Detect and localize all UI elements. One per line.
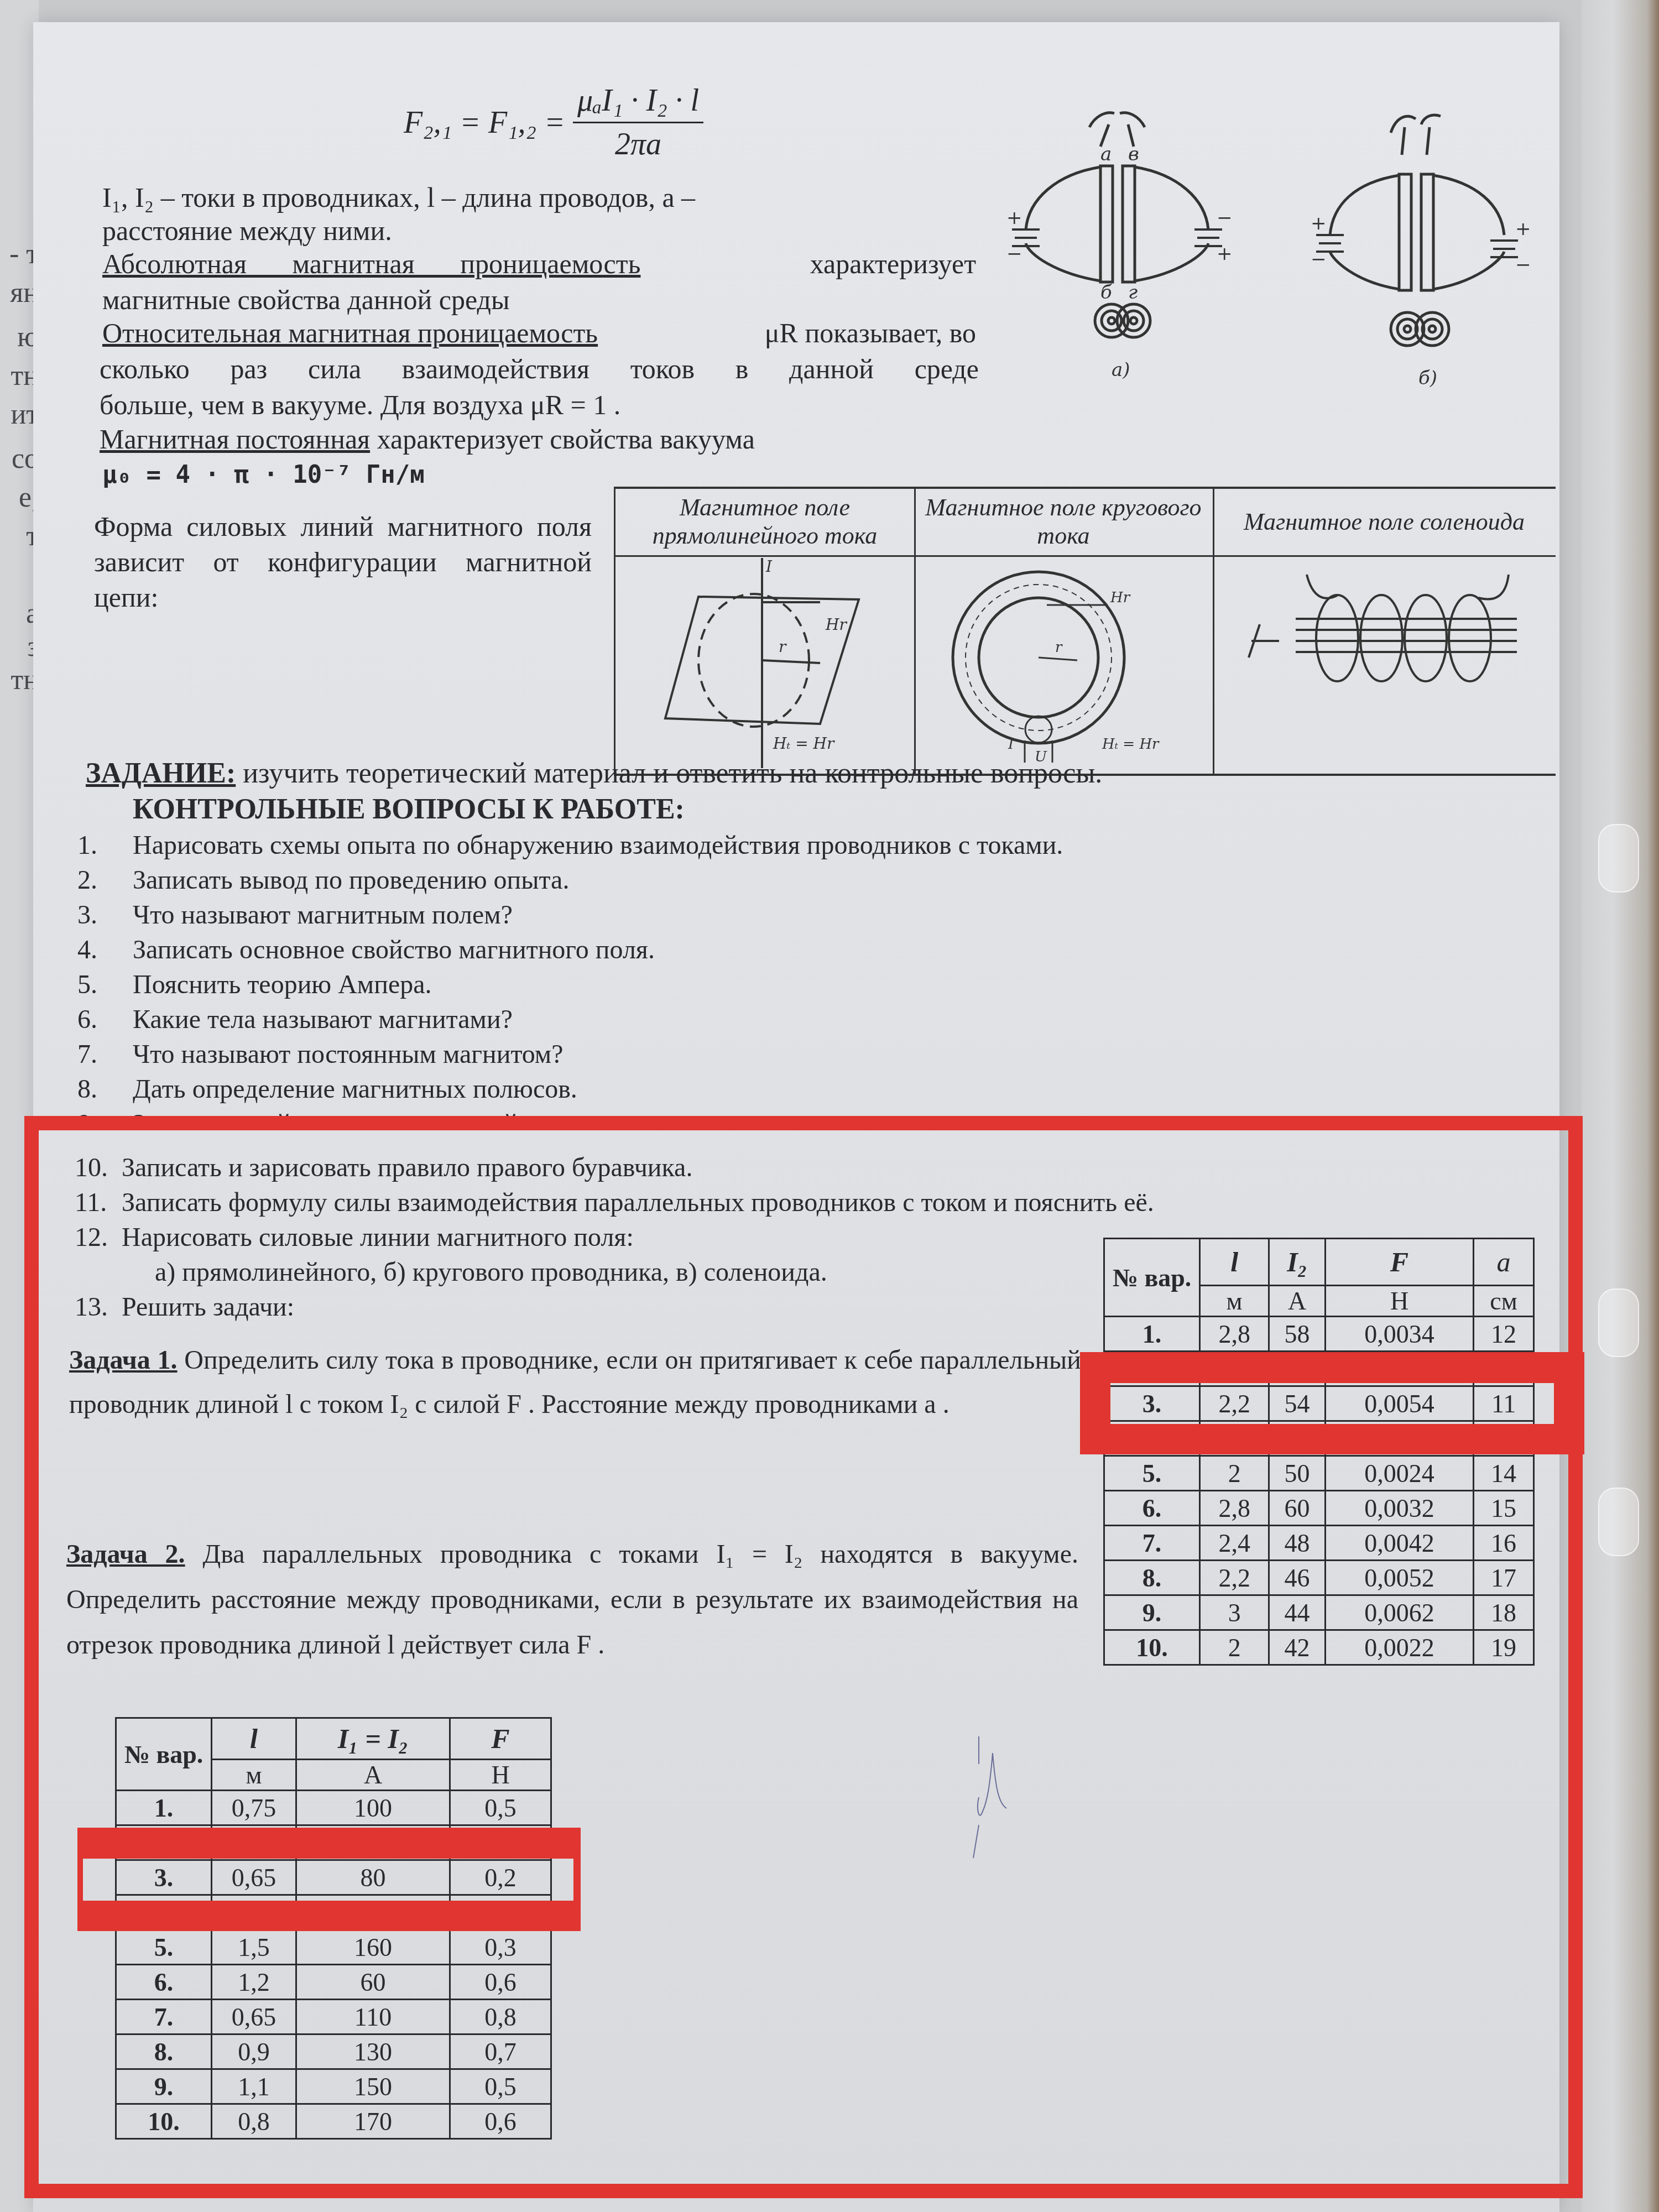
- table-row: 7.0,651100,8: [116, 2000, 551, 2034]
- task2-unit: А: [296, 1760, 450, 1791]
- variant-number: 10.: [116, 2104, 212, 2139]
- caption-a: а): [1112, 359, 1130, 381]
- redacted-row: [1104, 1421, 1534, 1456]
- table-cell: 48: [1269, 1526, 1326, 1561]
- table-cell: 0,5: [450, 1791, 551, 1825]
- table-cell: 1,2: [212, 1965, 296, 2000]
- question-item: 12.Нарисовать силовые линии магнитного п…: [75, 1220, 1154, 1255]
- label-hr: Hr: [825, 615, 847, 634]
- question-item: 10.Записать и зарисовать правило правого…: [75, 1150, 1154, 1185]
- task2-unit: Н: [450, 1760, 551, 1791]
- variant-number: 9.: [1104, 1595, 1200, 1630]
- table-cell: 17: [1474, 1561, 1534, 1595]
- field-column-circular: Магнитное поле кругового тока r Hr I U H…: [914, 489, 1214, 774]
- table-cell: 60: [1269, 1491, 1326, 1526]
- formula-fraction: μₐI₁ · I₂ · l 2πa: [573, 83, 703, 162]
- task1-block: Задача 1. Определить силу тока в проводн…: [69, 1338, 1081, 1427]
- task2-table: № вар. l I₁ = I₂ F м А Н 1.0,751000,53.0…: [115, 1717, 552, 2140]
- table-cell: 2: [1200, 1456, 1269, 1491]
- table-cell: 0,7: [450, 2034, 551, 2069]
- table-row: 7.2,4480,004216: [1104, 1526, 1534, 1561]
- task2-label: Задача 2.: [66, 1540, 185, 1569]
- theory-line-1: I₁, I₂ – токи в проводниках, l – длина п…: [102, 180, 695, 216]
- label-radius: r: [779, 638, 787, 656]
- table-cell: 19: [1474, 1630, 1534, 1665]
- table-cell: 2: [1200, 1630, 1269, 1665]
- circular-current-field-diagram: r Hr I U Hₜ = Hr: [936, 558, 1191, 771]
- label-current: I: [1008, 736, 1014, 753]
- table-cell: 2,8: [1200, 1317, 1269, 1352]
- question-item: 3.Что называют магнитным полем?: [77, 898, 1063, 932]
- task2-header-current: I₁ = I₂: [296, 1718, 450, 1760]
- redacted-row: [116, 1825, 551, 1860]
- questions-list-bottom: 10.Записать и зарисовать правило правого…: [75, 1150, 1154, 1324]
- table-cell: 0,6: [450, 1965, 551, 2000]
- task1-header-variant: № вар.: [1104, 1239, 1200, 1317]
- variant-number: 5.: [1104, 1456, 1200, 1491]
- variant-number: 7.: [116, 2000, 212, 2034]
- table-row: 8.2,2460,005217: [1104, 1561, 1534, 1595]
- table-cell: 0,0054: [1325, 1386, 1473, 1421]
- table-cell: 110: [296, 2000, 450, 2034]
- variant-number: 7.: [1104, 1526, 1200, 1561]
- task1-label: Задача 1.: [69, 1345, 178, 1375]
- formula-numerator: μₐI₁ · I₂ · l: [573, 83, 703, 123]
- task2-text: Два параллельных проводника с токами I₁ …: [66, 1540, 1078, 1660]
- table-row: 10.2420,002219: [1104, 1630, 1534, 1665]
- svg-text:+: +: [1515, 218, 1531, 240]
- magnetic-constant-line: Магнитная постоянная характеризует свойс…: [100, 421, 755, 457]
- table-cell: 1,1: [212, 2069, 296, 2104]
- binder-hole: [1598, 824, 1639, 893]
- magnetic-constant-term: Магнитная постоянная: [100, 424, 370, 455]
- table-cell: 0,2: [450, 1860, 551, 1895]
- variant-number: 8.: [1104, 1561, 1200, 1595]
- svg-text:−: −: [1006, 243, 1022, 265]
- question-item: 1.Нарисовать схемы опыта по обнаружению …: [77, 828, 1063, 863]
- solenoid-field-diagram: [1229, 558, 1550, 724]
- label-g: г: [1128, 281, 1138, 304]
- task2-header-length: l: [212, 1718, 296, 1760]
- variant-number: 9.: [116, 2069, 212, 2104]
- table-cell: 0,0034: [1325, 1317, 1473, 1352]
- table-cell: 0,65: [212, 1860, 296, 1895]
- label-a: а: [1100, 143, 1112, 165]
- table-row: 1.0,751000,5: [116, 1791, 551, 1825]
- svg-text:+: +: [1006, 207, 1022, 229]
- table-cell: 0,0032: [1325, 1491, 1473, 1526]
- svg-text:+: +: [1311, 212, 1327, 234]
- abs-permeability-line-2: магнитные свойства данной среды: [102, 282, 509, 318]
- question-item: 4.Записать основное свойство магнитного …: [77, 932, 1063, 967]
- magnetic-constant-rest: характеризует свойства вакуума: [377, 424, 755, 455]
- abs-permeability-rest: характеризует: [810, 246, 976, 282]
- straight-current-field-diagram: I r Hr Hₜ = Hr: [638, 558, 892, 771]
- field-column-title: Магнитное поле соленоида: [1213, 489, 1556, 557]
- question-item: 7.Что называют постоянным магнитом?: [77, 1037, 1063, 1072]
- redacted-row: [116, 1895, 551, 1930]
- binder-hole: [1598, 1488, 1639, 1556]
- binder-sleeve: [1582, 0, 1659, 2212]
- assignment-text: изучить теоретический материал и ответит…: [243, 758, 1102, 789]
- table-cell: 18: [1474, 1595, 1534, 1630]
- table-cell: 2,2: [1200, 1561, 1269, 1595]
- assignment-line: ЗАДАНИЕ: изучить теоретический материал …: [86, 755, 1102, 792]
- task1-unit: м: [1200, 1286, 1269, 1317]
- task1-unit: А: [1269, 1286, 1326, 1317]
- question-item: 9.Записать свойства силовых линий: [77, 1107, 1063, 1126]
- variant-number: 10.: [1104, 1630, 1200, 1665]
- table-cell: 0,0062: [1325, 1595, 1473, 1630]
- task1-header-force: F: [1325, 1239, 1473, 1286]
- table-cell: 11: [1474, 1386, 1534, 1421]
- label-hr: Hr: [1110, 589, 1131, 606]
- question-item: 5.Пояснить теорию Ампера.: [77, 967, 1063, 1002]
- task2-block: Задача 2. Два параллельных проводника с …: [66, 1532, 1078, 1668]
- table-cell: 2,8: [1200, 1491, 1269, 1526]
- variant-number: 8.: [116, 2034, 212, 2069]
- label-radius: r: [1055, 639, 1063, 656]
- task1-table: № вар. l I₂ F a м А Н см 1.2,8580,003412…: [1103, 1238, 1535, 1666]
- label-b: б: [1100, 281, 1112, 304]
- label-ht: Hₜ = Hr: [1102, 736, 1160, 753]
- table-cell: 0,6: [450, 2104, 551, 2139]
- table-cell: 0,8: [212, 2104, 296, 2139]
- task1-text: Определить силу тока в проводнике, если …: [69, 1345, 1081, 1419]
- table-row: 6.2,8600,003215: [1104, 1491, 1534, 1526]
- question-item: 6.Какие тела называют магнитами?: [77, 1002, 1063, 1037]
- table-row: 6.1,2600,6: [116, 1965, 551, 2000]
- table-cell: 150: [296, 2069, 450, 2104]
- abs-permeability-term: Абсолютная магнитная проницаемость: [102, 246, 640, 282]
- field-column-solenoid: Магнитное поле соленоида: [1213, 489, 1556, 774]
- table-cell: 58: [1269, 1317, 1326, 1352]
- table-cell: 0,9: [212, 2034, 296, 2069]
- variant-number: 5.: [116, 1930, 212, 1965]
- task1-header-current: I₂: [1269, 1239, 1326, 1286]
- variant-number: 1.: [1104, 1317, 1200, 1352]
- table-cell: 170: [296, 2104, 450, 2139]
- table-cell: 0,8: [450, 2000, 551, 2034]
- table-cell: 60: [296, 1965, 450, 2000]
- table-cell: 16: [1474, 1526, 1534, 1561]
- table-row: 9.1,11500,5: [116, 2069, 551, 2104]
- task2-unit: м: [212, 1760, 296, 1791]
- table-row: 5.2500,002414: [1104, 1456, 1534, 1491]
- table-row: 3.0,65800,2: [116, 1860, 551, 1895]
- magnetic-constant-value: μ₀ = 4 · π · 10⁻⁷ Гн/м: [102, 459, 425, 491]
- rel-permeability-line-2: сколько раз сила взаимодействия токов в …: [100, 351, 979, 387]
- table-cell: 80: [296, 1860, 450, 1895]
- table-cell: 46: [1269, 1561, 1326, 1595]
- svg-text:−: −: [1217, 207, 1233, 229]
- field-column-straight: Магнитное поле прямолинейного тока I r H…: [615, 489, 916, 774]
- task2-header-variant: № вар.: [116, 1718, 212, 1791]
- field-column-title: Магнитное поле кругового тока: [914, 489, 1213, 557]
- question-item: 2.Записать вывод по проведению опыта.: [77, 863, 1063, 898]
- svg-text:−: −: [1311, 248, 1327, 270]
- variant-number: 6.: [116, 1965, 212, 2000]
- task1-header-length: l: [1200, 1239, 1269, 1286]
- force-formula: F₂,₁ = F₁,₂ = μₐI₁ · I₂ · l 2πa: [404, 83, 703, 162]
- theory-line-2: расстояние между ними.: [102, 213, 392, 249]
- redacted-row: [1104, 1352, 1534, 1386]
- caption-b: б): [1418, 367, 1437, 389]
- table-row: 5.1,51600,3: [116, 1930, 551, 1965]
- rel-permeability-line: Относительная магнитная проницаемость μR…: [102, 315, 976, 351]
- table-cell: 0,5: [450, 2069, 551, 2104]
- table-cell: 0,0042: [1325, 1526, 1473, 1561]
- task1-header-distance: a: [1474, 1239, 1534, 1286]
- questions-title: КОНТРОЛЬНЫЕ ВОПРОСЫ К РАБОТЕ:: [133, 791, 685, 828]
- table-cell: 50: [1269, 1456, 1326, 1491]
- label-current: I: [765, 558, 773, 576]
- svg-text:+: +: [1217, 243, 1233, 265]
- table-cell: 15: [1474, 1491, 1534, 1526]
- svg-text:−: −: [1515, 254, 1531, 276]
- table-cell: 0,0052: [1325, 1561, 1473, 1595]
- table-cell: 0,0024: [1325, 1456, 1473, 1491]
- table-cell: 2,2: [1200, 1386, 1269, 1421]
- question-item: 13.Решить задачи:: [75, 1290, 1154, 1324]
- assignment-label: ЗАДАНИЕ:: [86, 758, 236, 789]
- task1-unit: Н: [1325, 1286, 1473, 1317]
- abs-permeability-line: Абсолютная магнитная проницаемость харак…: [102, 246, 976, 282]
- question-item: 8.Дать определение магнитных полюсов.: [77, 1072, 1063, 1107]
- variant-number: 3.: [1104, 1386, 1200, 1421]
- table-cell: 2,4: [1200, 1526, 1269, 1561]
- table-row: 8.0,91300,7: [116, 2034, 551, 2069]
- table-row: 1.2,8580,003412: [1104, 1317, 1534, 1352]
- table-cell: 100: [296, 1791, 450, 1825]
- question-item: 11.Записать формулу силы взаимодействия …: [75, 1185, 1154, 1220]
- magnetic-field-table: Магнитное поле прямолинейного тока I r H…: [614, 487, 1556, 776]
- table-cell: 0,75: [212, 1791, 296, 1825]
- table-row: 3.2,2540,005411: [1104, 1386, 1534, 1421]
- table-cell: 160: [296, 1930, 450, 1965]
- rel-permeability-term: Относительная магнитная проницаемость: [102, 315, 598, 351]
- table-cell: 130: [296, 2034, 450, 2069]
- table-row: 9.3440,006218: [1104, 1595, 1534, 1630]
- variant-number: 1.: [116, 1791, 212, 1825]
- variant-number: 3.: [116, 1860, 212, 1895]
- label-v: в: [1128, 143, 1139, 165]
- table-cell: 54: [1269, 1386, 1326, 1421]
- field-shape-text: Форма силовых линий магнитного поля зави…: [94, 509, 592, 615]
- rel-permeability-line-3: больше, чем в вакууме. Для воздуха μR = …: [100, 387, 620, 423]
- question-item: а) прямолинейного, б) кругового проводни…: [75, 1255, 1154, 1290]
- binder-hole: [1598, 1288, 1639, 1357]
- table-cell: 42: [1269, 1630, 1326, 1665]
- pen-mark: [957, 1731, 1023, 1864]
- field-column-title: Магнитное поле прямолинейного тока: [615, 489, 914, 557]
- table-cell: 12: [1474, 1317, 1534, 1352]
- variant-number: 6.: [1104, 1491, 1200, 1526]
- formula-lhs: F₂,₁ = F₁,₂ =: [404, 105, 565, 140]
- rel-permeability-rest: μR показывает, во: [765, 315, 976, 351]
- table-row: 10.0,81700,6: [116, 2104, 551, 2139]
- table-cell: 0,65: [212, 2000, 296, 2034]
- table-cell: 0,3: [450, 1930, 551, 1965]
- table-cell: 3: [1200, 1595, 1269, 1630]
- task2-header-force: F: [450, 1718, 551, 1760]
- formula-denominator: 2πa: [615, 123, 661, 162]
- table-cell: 14: [1474, 1456, 1534, 1491]
- conductor-interaction-figure: а в б г а) б) +− −+ +− +−: [995, 94, 1537, 404]
- label-ht: Hₜ = Hr: [773, 734, 835, 753]
- task1-unit: см: [1474, 1286, 1534, 1317]
- table-cell: 1,5: [212, 1930, 296, 1965]
- questions-list-top: 1.Нарисовать схемы опыта по обнаружению …: [77, 828, 1063, 1126]
- table-cell: 0,0022: [1325, 1630, 1473, 1665]
- table-cell: 44: [1269, 1595, 1326, 1630]
